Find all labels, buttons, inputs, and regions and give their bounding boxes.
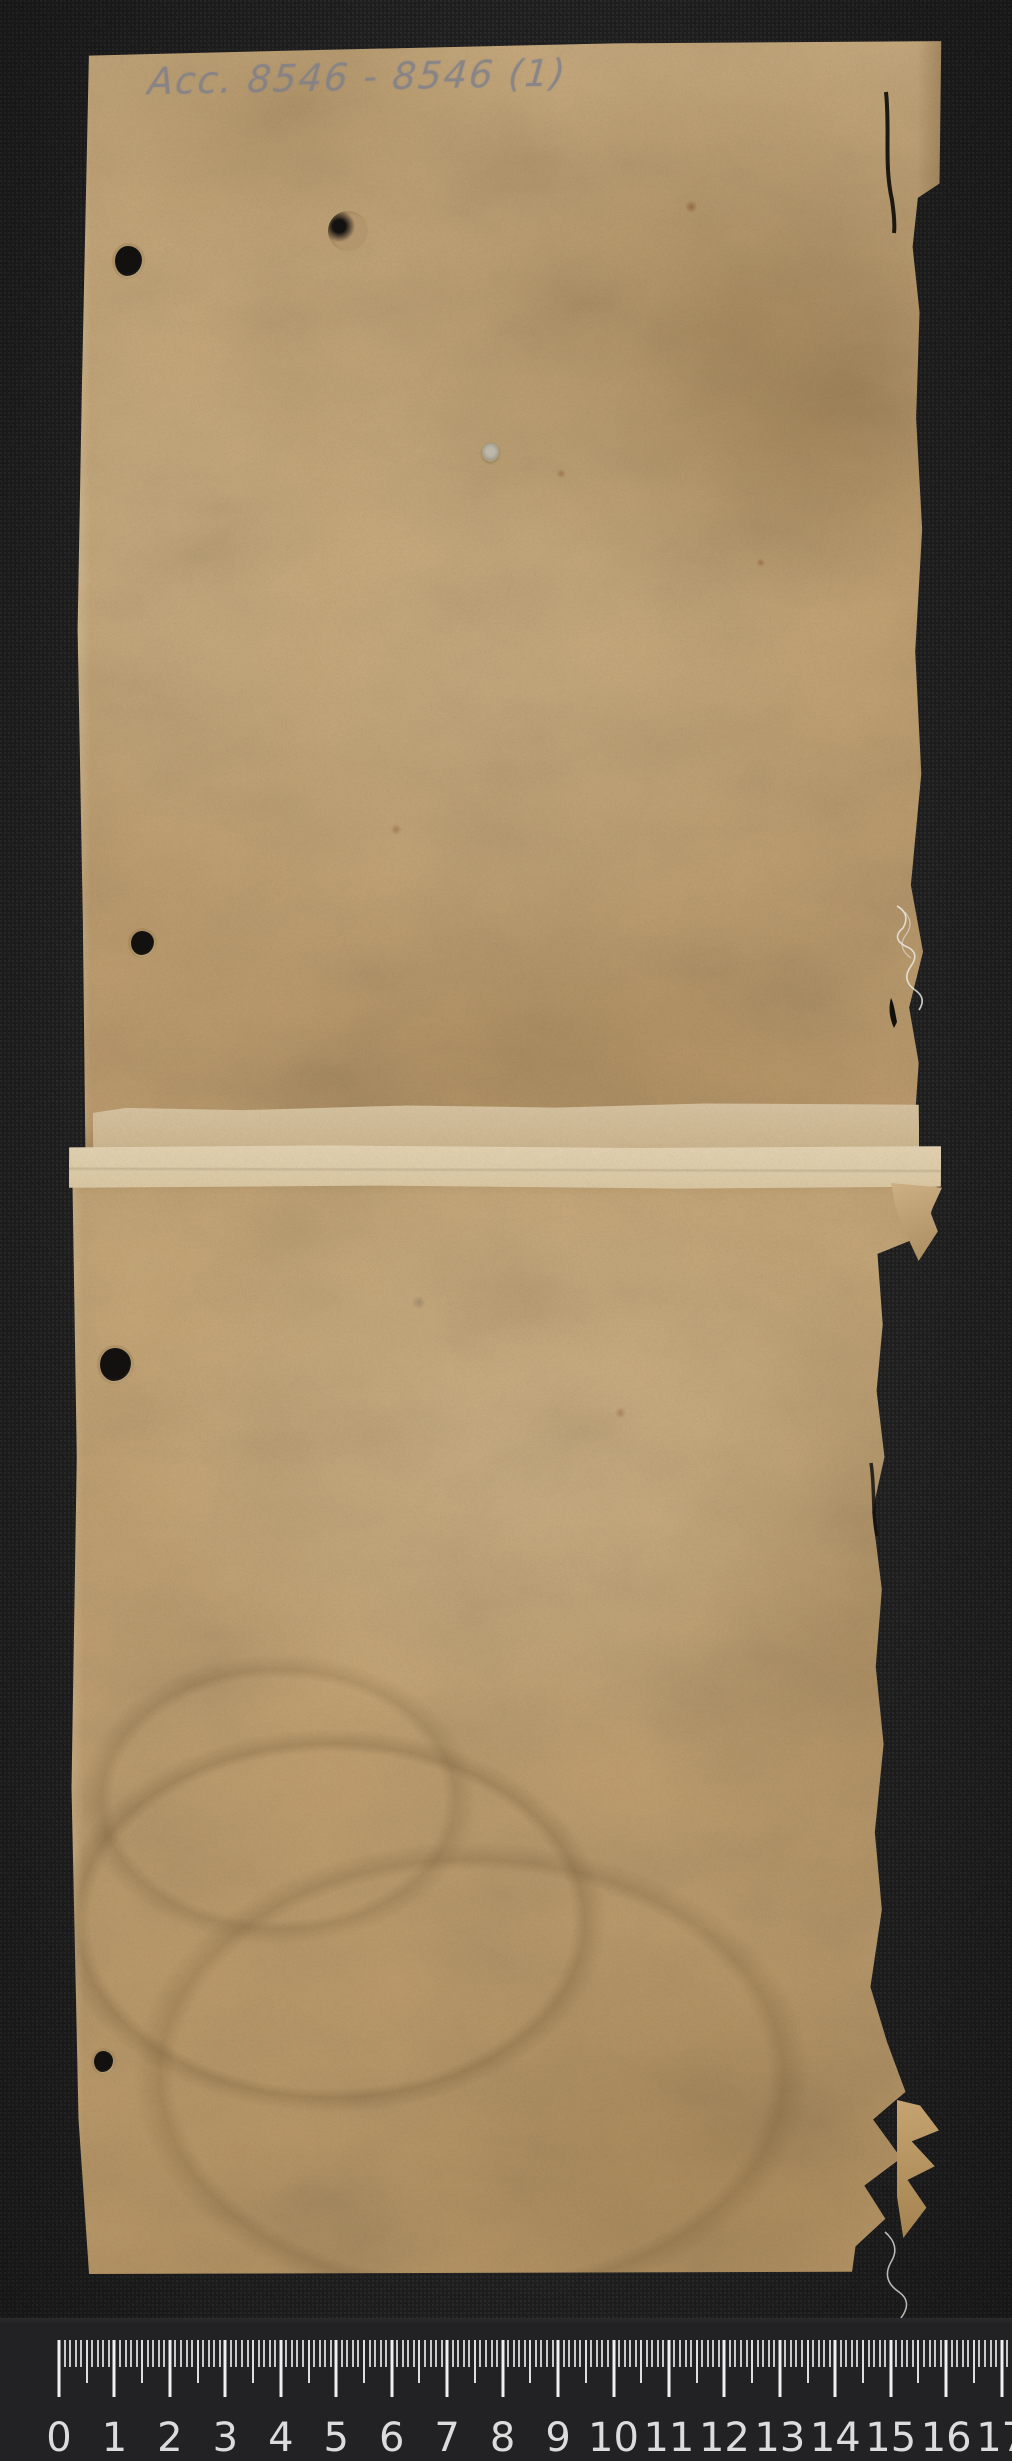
ruler-tick: [197, 2340, 199, 2383]
ruler-tick: [629, 2340, 631, 2367]
ruler-tick: [929, 2340, 931, 2367]
ruler-tick: [168, 2340, 171, 2397]
ruler-tick: [940, 2340, 942, 2367]
photograph-of-parchment-verso: Acc. 8546 - 8546 (1) 0123456789101112131…: [0, 0, 1012, 2461]
ruler-number: 7: [434, 2415, 459, 2461]
tape-grain-overlay: [69, 1144, 941, 1190]
ruler-tick: [308, 2340, 310, 2383]
ruler-tick: [640, 2340, 642, 2383]
ruler-tick: [463, 2340, 465, 2367]
ruler-tick: [701, 2340, 703, 2367]
ruler-tick: [529, 2340, 531, 2383]
ruler-tick: [967, 2340, 969, 2367]
ruler-tick: [884, 2340, 886, 2367]
ruler-tick: [601, 2340, 603, 2367]
parchment-grain-overlay: [75, 40, 943, 1152]
ruler-tick: [247, 2340, 249, 2367]
parchment-mottling-overlay: [68, 1170, 945, 2274]
parchment-membrane-upper: [75, 40, 943, 1152]
ruler-tick: [357, 2340, 359, 2367]
ruler-tick: [274, 2340, 276, 2367]
pencil-accession-inscription: Acc. 8546 - 8546 (1): [146, 52, 568, 104]
ruler-tick: [635, 2340, 637, 2367]
parchment-fray-bottom-right: [897, 2100, 939, 2238]
ruler-tick: [563, 2340, 565, 2367]
paper-guard-strip-lower: [69, 1144, 941, 1190]
ruler-tick: [568, 2340, 570, 2367]
ruler-tick: [712, 2340, 714, 2367]
ruler-tick: [646, 2340, 648, 2367]
ruler-tick: [330, 2340, 332, 2367]
ruler-tick: [174, 2340, 176, 2367]
ruler-tick: [302, 2340, 304, 2367]
ruler-tick: [296, 2340, 298, 2367]
ruler-tick: [879, 2340, 881, 2367]
ruler-tick: [757, 2340, 759, 2367]
ruler-tick: [64, 2340, 66, 2367]
ruler-tick: [1000, 2340, 1003, 2397]
ruler-tick: [485, 2340, 487, 2367]
ruler-tick: [97, 2340, 99, 2367]
ruler-tick: [895, 2340, 897, 2367]
ruler-tick: [69, 2340, 71, 2367]
ruler-number: 9: [545, 2415, 570, 2461]
ruler-tick: [956, 2340, 958, 2367]
ruler-tick: [657, 2340, 659, 2367]
ruler-tick: [513, 2340, 515, 2367]
ruler-tick: [596, 2340, 598, 2367]
parchment-mottling-overlay: [75, 40, 943, 1152]
ruler-tick: [452, 2340, 454, 2367]
ruler-tick: [945, 2340, 948, 2397]
ruler-tick: [252, 2340, 254, 2383]
parchment-membrane-lower: [68, 1170, 945, 2274]
ruler-tick: [612, 2340, 615, 2397]
ruler-tick: [618, 2340, 620, 2367]
ruler-tick: [934, 2340, 936, 2367]
ruler-tick: [202, 2340, 204, 2367]
ruler-tick: [352, 2340, 354, 2367]
ruler-tick: [113, 2340, 116, 2397]
ruler-tick: [186, 2340, 188, 2367]
ruler-tick: [346, 2340, 348, 2367]
ruler-tick: [241, 2340, 243, 2367]
ruler-number: 11: [643, 2415, 694, 2461]
ruler-tick: [208, 2340, 210, 2367]
ruler-tick: [58, 2340, 61, 2397]
ruler-tick: [80, 2340, 82, 2367]
ruler-tick: [86, 2340, 88, 2383]
ruler-tick: [430, 2340, 432, 2367]
ruler-tick: [108, 2340, 110, 2367]
ruler-tick: [984, 2340, 986, 2367]
ruler-number: 13: [754, 2415, 805, 2461]
ruler-tick: [834, 2340, 837, 2397]
ruler-number: 5: [324, 2415, 349, 2461]
ruler-tick: [746, 2340, 748, 2367]
ruler-tick: [762, 2340, 764, 2367]
ruler-tick: [474, 2340, 476, 2383]
ruler-tick: [773, 2340, 775, 2367]
scale-bar-ticks: [0, 2340, 1012, 2400]
ruler-tick: [723, 2340, 726, 2397]
ruler-tick: [546, 2340, 548, 2367]
scale-bar-numbers: 01234567891011121314151617: [0, 2415, 1012, 2461]
ruler-tick: [446, 2340, 449, 2397]
ruler-tick: [685, 2340, 687, 2367]
ruler-tick: [341, 2340, 343, 2367]
ruler-tick: [230, 2340, 232, 2367]
ruler-tick: [585, 2340, 587, 2383]
ruler-tick: [147, 2340, 149, 2367]
ruler-tick: [574, 2340, 576, 2367]
ruler-tick: [912, 2340, 914, 2367]
ruler-tick: [807, 2340, 809, 2383]
ruler-tick: [540, 2340, 542, 2367]
ruler-number: 0: [46, 2415, 71, 2461]
ruler-tick: [707, 2340, 709, 2367]
ruler-tick: [424, 2340, 426, 2367]
ruler-tick: [906, 2340, 908, 2367]
ruler-tick: [91, 2340, 93, 2367]
ruler-tick: [889, 2340, 892, 2397]
ruler-tick: [235, 2340, 237, 2367]
ruler-tick: [136, 2340, 138, 2367]
ruler-tick: [380, 2340, 382, 2367]
ruler-tick: [258, 2340, 260, 2367]
ruler-tick: [407, 2340, 409, 2367]
ruler-tick: [662, 2340, 664, 2367]
ruler-number: 14: [810, 2415, 861, 2461]
ruler-tick: [507, 2340, 509, 2367]
ruler-tick: [369, 2340, 371, 2367]
ruler-tick: [679, 2340, 681, 2367]
ruler-tick: [790, 2340, 792, 2367]
ruler-tick: [801, 2340, 803, 2367]
ruler-tick: [479, 2340, 481, 2367]
ruler-tick: [435, 2340, 437, 2367]
ruler-tick: [784, 2340, 786, 2367]
ruler-tick: [973, 2340, 975, 2383]
ruler-tick: [496, 2340, 498, 2367]
ruler-tick: [501, 2340, 504, 2397]
ruler-tick: [845, 2340, 847, 2367]
ruler-tick: [690, 2340, 692, 2367]
ruler-tick: [141, 2340, 143, 2383]
ruler-tick: [901, 2340, 903, 2367]
ruler-tick: [291, 2340, 293, 2367]
ruler-tick: [851, 2340, 853, 2367]
ruler-tick: [873, 2340, 875, 2367]
ruler-tick: [751, 2340, 753, 2383]
ruler-tick: [579, 2340, 581, 2367]
ruler-number: 3: [213, 2415, 238, 2461]
ruler-tick: [335, 2340, 338, 2397]
ruler-tick: [923, 2340, 925, 2367]
ruler-tick: [590, 2340, 592, 2367]
ruler-tick: [624, 2340, 626, 2367]
ruler-number: 17: [976, 2415, 1012, 2461]
ruler-tick: [740, 2340, 742, 2367]
ruler-number: 8: [490, 2415, 515, 2461]
ruler-number: 1: [102, 2415, 127, 2461]
ruler-tick: [856, 2340, 858, 2367]
ruler-tick: [418, 2340, 420, 2383]
parchment-grain-overlay: [68, 1170, 945, 2274]
ruler-number: 10: [588, 2415, 639, 2461]
ruler-tick: [552, 2340, 554, 2367]
loose-thread-lower: [885, 2232, 907, 2318]
ruler-tick: [324, 2340, 326, 2367]
ruler-tick: [363, 2340, 365, 2383]
ruler-tick: [823, 2340, 825, 2367]
ruler-tick: [1006, 2340, 1008, 2367]
ruler-tick: [119, 2340, 121, 2367]
ruler-tick: [468, 2340, 470, 2367]
ruler-tick: [390, 2340, 393, 2397]
ruler-tick: [125, 2340, 127, 2367]
ruler-tick: [795, 2340, 797, 2367]
ruler-tick: [75, 2340, 77, 2367]
ruler-tick: [962, 2340, 964, 2367]
ruler-tick: [734, 2340, 736, 2367]
ruler-tick: [518, 2340, 520, 2367]
ruler-tick: [978, 2340, 980, 2367]
ruler-tick: [413, 2340, 415, 2367]
ruler-tick: [651, 2340, 653, 2367]
ruler-tick: [285, 2340, 287, 2367]
ruler-tick: [152, 2340, 154, 2367]
ruler-number: 12: [699, 2415, 750, 2461]
ruler-tick: [224, 2340, 227, 2397]
ruler-tick: [319, 2340, 321, 2367]
ruler-tick: [396, 2340, 398, 2367]
ruler-tick: [158, 2340, 160, 2367]
ruler-tick: [990, 2340, 992, 2367]
ruler-tick: [491, 2340, 493, 2367]
ruler-number: 15: [865, 2415, 916, 2461]
ruler-tick: [102, 2340, 104, 2367]
ruler-tick: [696, 2340, 698, 2383]
ruler-tick: [818, 2340, 820, 2367]
ruler-tick: [374, 2340, 376, 2367]
ruler-tick: [673, 2340, 675, 2367]
ruler-tick: [667, 2340, 670, 2397]
ruler-tick: [279, 2340, 282, 2397]
ruler-tick: [402, 2340, 404, 2367]
ruler-tick: [441, 2340, 443, 2367]
ruler-tick: [130, 2340, 132, 2367]
ruler-tick: [263, 2340, 265, 2367]
scale-bar: 01234567891011121314151617: [0, 2318, 1012, 2461]
ruler-tick: [840, 2340, 842, 2367]
ruler-tick: [269, 2340, 271, 2367]
ruler-tick: [163, 2340, 165, 2367]
ruler-tick: [862, 2340, 864, 2383]
ruler-tick: [213, 2340, 215, 2367]
ruler-tick: [917, 2340, 919, 2383]
ruler-tick: [385, 2340, 387, 2367]
ruler-tick: [718, 2340, 720, 2367]
ruler-tick: [313, 2340, 315, 2367]
ruler-number: 16: [921, 2415, 972, 2461]
ruler-tick: [868, 2340, 870, 2367]
ruler-tick: [180, 2340, 182, 2367]
ruler-tick: [778, 2340, 781, 2397]
ruler-number: 6: [379, 2415, 404, 2461]
ruler-tick: [995, 2340, 997, 2367]
ruler-tick: [191, 2340, 193, 2367]
ruler-tick: [729, 2340, 731, 2367]
ruler-tick: [812, 2340, 814, 2367]
ruler-tick: [607, 2340, 609, 2367]
ruler-tick: [219, 2340, 221, 2367]
ruler-tick: [768, 2340, 770, 2367]
ruler-tick: [535, 2340, 537, 2367]
ruler-tick: [457, 2340, 459, 2367]
ruler-tick: [524, 2340, 526, 2367]
ruler-number: 4: [268, 2415, 293, 2461]
ruler-tick: [829, 2340, 831, 2367]
ruler-tick: [557, 2340, 560, 2397]
ruler-number: 2: [157, 2415, 182, 2461]
ruler-tick: [951, 2340, 953, 2367]
